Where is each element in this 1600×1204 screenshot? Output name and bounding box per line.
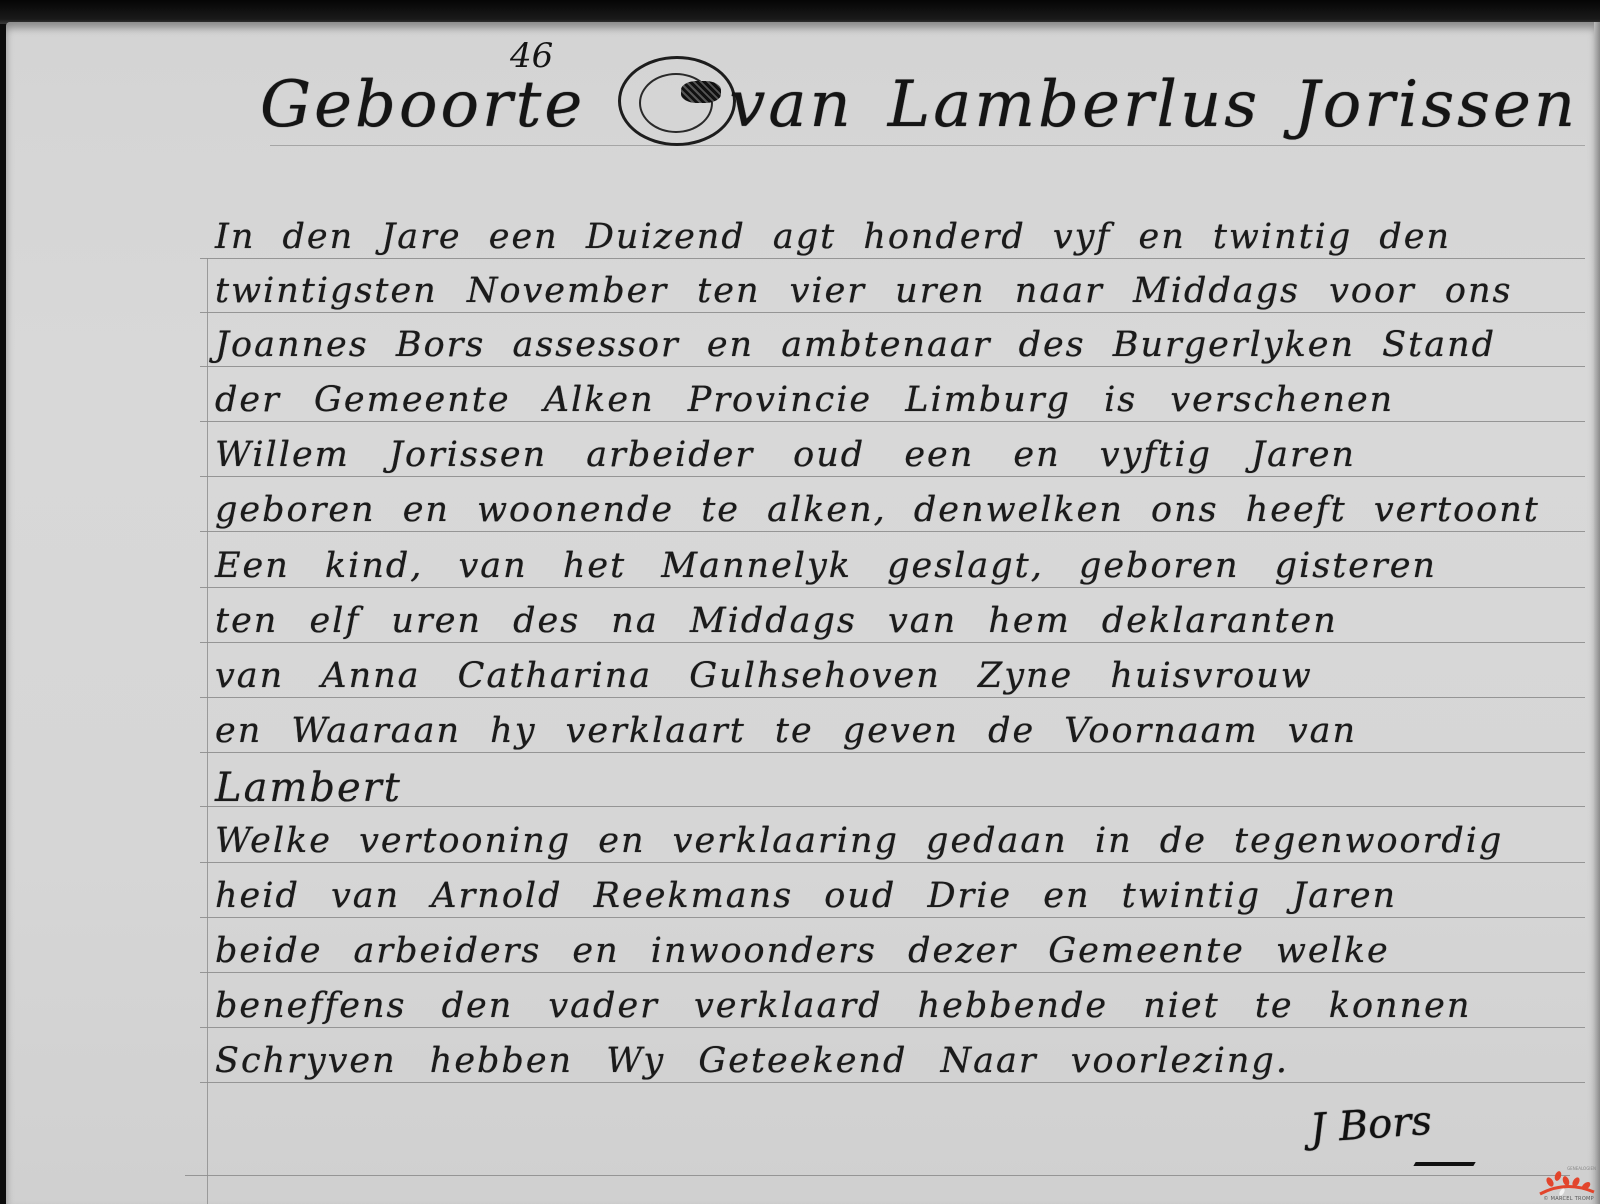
body-line: Een kind, van het Mannelyk geslagt, gebo… xyxy=(215,549,1437,584)
body-line: Willem Jorissen arbeider oud een en vyft… xyxy=(215,438,1356,473)
ruled-line xyxy=(200,476,1585,477)
page-right-edge xyxy=(1594,22,1600,1204)
ruled-line xyxy=(200,258,1585,259)
watermark-copyright: © MARCEL TROMP xyxy=(1543,1196,1594,1202)
body-line: Welke vertooning en verklaaring gedaan i… xyxy=(215,824,1503,859)
body-line: Joannes Bors assessor en ambtenaar des B… xyxy=(215,328,1496,363)
ruled-line xyxy=(200,421,1585,422)
ruled-line xyxy=(200,1027,1585,1028)
watermark-top-text: GENEALOGIEN xyxy=(1567,1166,1596,1171)
ruled-line xyxy=(200,752,1585,753)
watermark-logo: GENEALOGIEN © MARCEL TROMP xyxy=(1536,1162,1598,1204)
ruled-line xyxy=(200,917,1585,918)
ruled-line xyxy=(200,366,1585,367)
ruled-line xyxy=(200,1082,1585,1083)
title-word: Lamberlus xyxy=(888,68,1260,142)
body-line: In den Jare een Duizend agt honderd vyf … xyxy=(215,220,1451,255)
left-margin-line xyxy=(207,258,208,1204)
body-line: ten elf uren des na Middags van hem dekl… xyxy=(215,604,1338,639)
ruled-line xyxy=(200,806,1585,807)
ruled-line xyxy=(200,972,1585,973)
ruled-line xyxy=(200,697,1585,698)
record-title: GeboortevanLamberlusJorissen xyxy=(260,68,1600,142)
ruled-line xyxy=(200,642,1585,643)
title-word: Geboorte xyxy=(260,68,585,142)
body-line: van Anna Catharina Gulhsehoven Zyne huis… xyxy=(215,659,1313,694)
ruled-line xyxy=(200,862,1585,863)
ruled-line xyxy=(200,312,1585,313)
ruled-line xyxy=(200,587,1585,588)
title-word: van xyxy=(729,68,854,142)
title-rule-line xyxy=(270,145,1585,146)
body-line: beide arbeiders en inwoonders dezer Geme… xyxy=(215,934,1390,969)
body-line: beneffens den vader verklaard hebbende n… xyxy=(215,989,1471,1024)
body-line: Schryven hebben Wy Geteekend Naar voorle… xyxy=(215,1044,1289,1079)
official-signature: J Bors xyxy=(1309,1098,1434,1152)
body-line: geboren en woonende te alken, denwelken … xyxy=(215,493,1540,528)
body-line: en Waaraan hy verklaart te geven de Voor… xyxy=(215,714,1357,749)
body-line: twintigsten November ten vier uren naar … xyxy=(215,274,1513,309)
ruled-line xyxy=(200,531,1585,532)
body-line: heid van Arnold Reekmans oud Drie en twi… xyxy=(215,879,1397,914)
scan-top-edge xyxy=(0,0,1600,24)
signature-flourish xyxy=(1413,1150,1482,1166)
ruled-line xyxy=(185,1175,1570,1176)
body-line: der Gemeente Alken Provincie Limburg is … xyxy=(215,383,1394,418)
title-word: Jorissen xyxy=(1294,68,1578,142)
child-name-line: Lambert xyxy=(215,768,402,808)
